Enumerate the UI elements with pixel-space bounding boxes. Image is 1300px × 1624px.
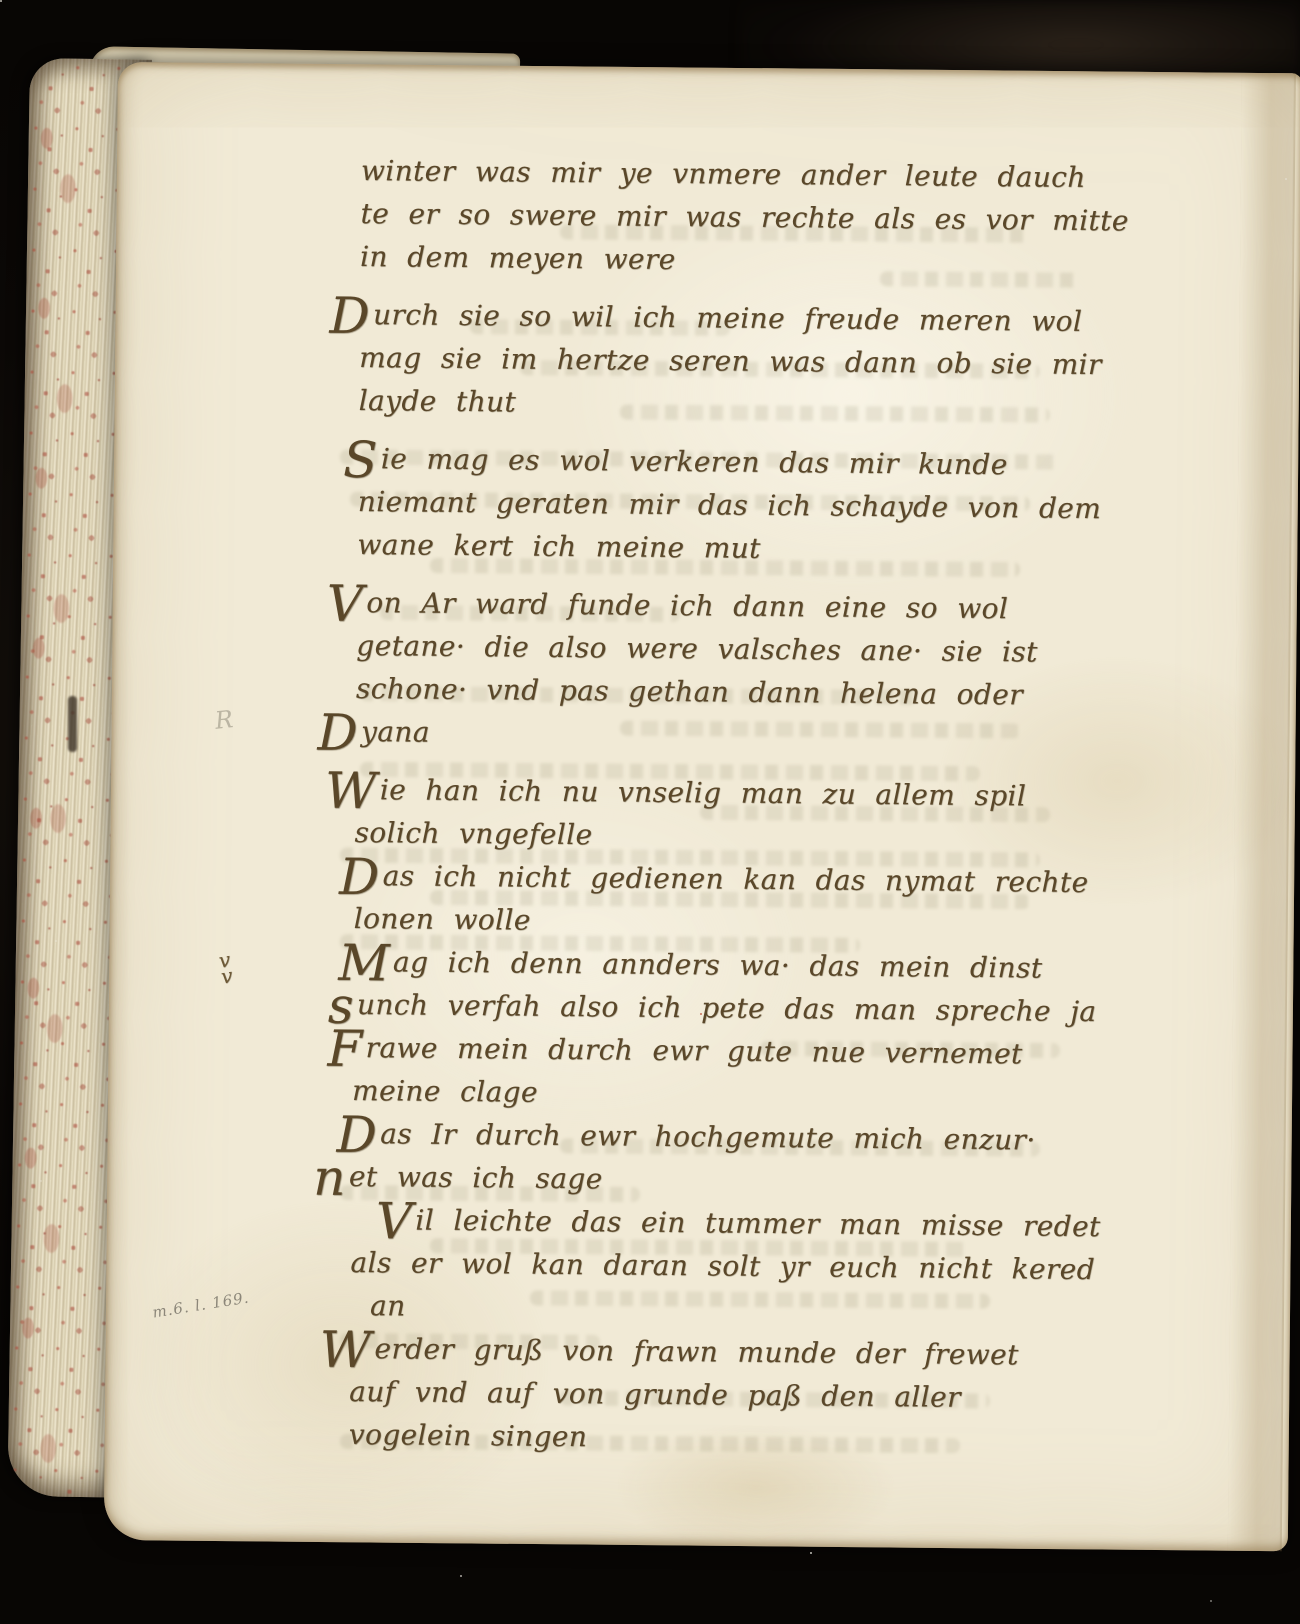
initial-capital: W [320, 1340, 372, 1360]
manuscript-line: lonen wolle [354, 902, 1144, 953]
manuscript-line: getane· die also were valsches ane· sie … [356, 629, 1146, 680]
initial-capital: M [338, 953, 390, 973]
manuscript-line: Das Ir durch ewr hochgemute mich enzur· [336, 1117, 1141, 1168]
manuscript-line: niemant geraten mir das ich schayde von … [358, 485, 1148, 536]
manuscript-line: te er so swere mir was rechte als es vor… [360, 197, 1150, 248]
manuscript-line: als er wol kan daran solt yr euch nicht … [350, 1246, 1140, 1297]
initial-capital: W [325, 781, 377, 801]
manuscript-line: auf vnd auf von grunde paß den aller [349, 1375, 1139, 1426]
initial-capital: D [339, 867, 380, 887]
manuscript-line: layde thut [358, 384, 1148, 435]
manuscript-text: winter was mir ye vnmere ander leute dau… [349, 62, 1152, 1469]
manuscript-photo: winter was mir ye vnmere ander leute dau… [0, 0, 1300, 1624]
manuscript-line: winter was mir ye vnmere ander leute dau… [361, 154, 1151, 205]
initial-capital: D [337, 1125, 378, 1145]
manuscript-line: Das ich nicht gedienen kan das nymat rec… [339, 859, 1144, 910]
manuscript-line: schone· vnd pas gethan dann helena oder [356, 672, 1146, 723]
manuscript-line: Mag ich denn annders wa· das mein dinst [338, 945, 1143, 996]
initial-capital: V [327, 594, 364, 614]
initial-capital: n [313, 1168, 346, 1188]
manuscript-line: mag sie im hertze seren was dann ob sie … [359, 341, 1149, 392]
manuscript-line: in dem meyen were [360, 240, 1150, 291]
manuscript-line: Vil leichte das ein tummer man misse red… [376, 1203, 1141, 1253]
initial-capital: F [327, 1039, 362, 1059]
manuscript-line: solich vngefelle [354, 816, 1144, 867]
initial-capital: V [376, 1211, 413, 1231]
margin-faint-mark: R [214, 705, 235, 735]
initial-capital: D [329, 306, 370, 326]
manuscript-line: Dyana [317, 715, 1145, 766]
manuscript-line: meine clage [352, 1074, 1142, 1125]
manuscript-line: wane kert ich meine mut [357, 528, 1147, 579]
manuscript-line: an [370, 1289, 1140, 1339]
initial-capital: S [343, 450, 378, 470]
initial-capital: D [317, 723, 358, 743]
manuscript-line: Sie mag es wol verkeren das mir kunde [343, 442, 1148, 493]
manuscript-line: vogelein singen [349, 1418, 1139, 1469]
dust-specks [0, 0, 2, 2]
initial-capital: s [328, 996, 354, 1016]
